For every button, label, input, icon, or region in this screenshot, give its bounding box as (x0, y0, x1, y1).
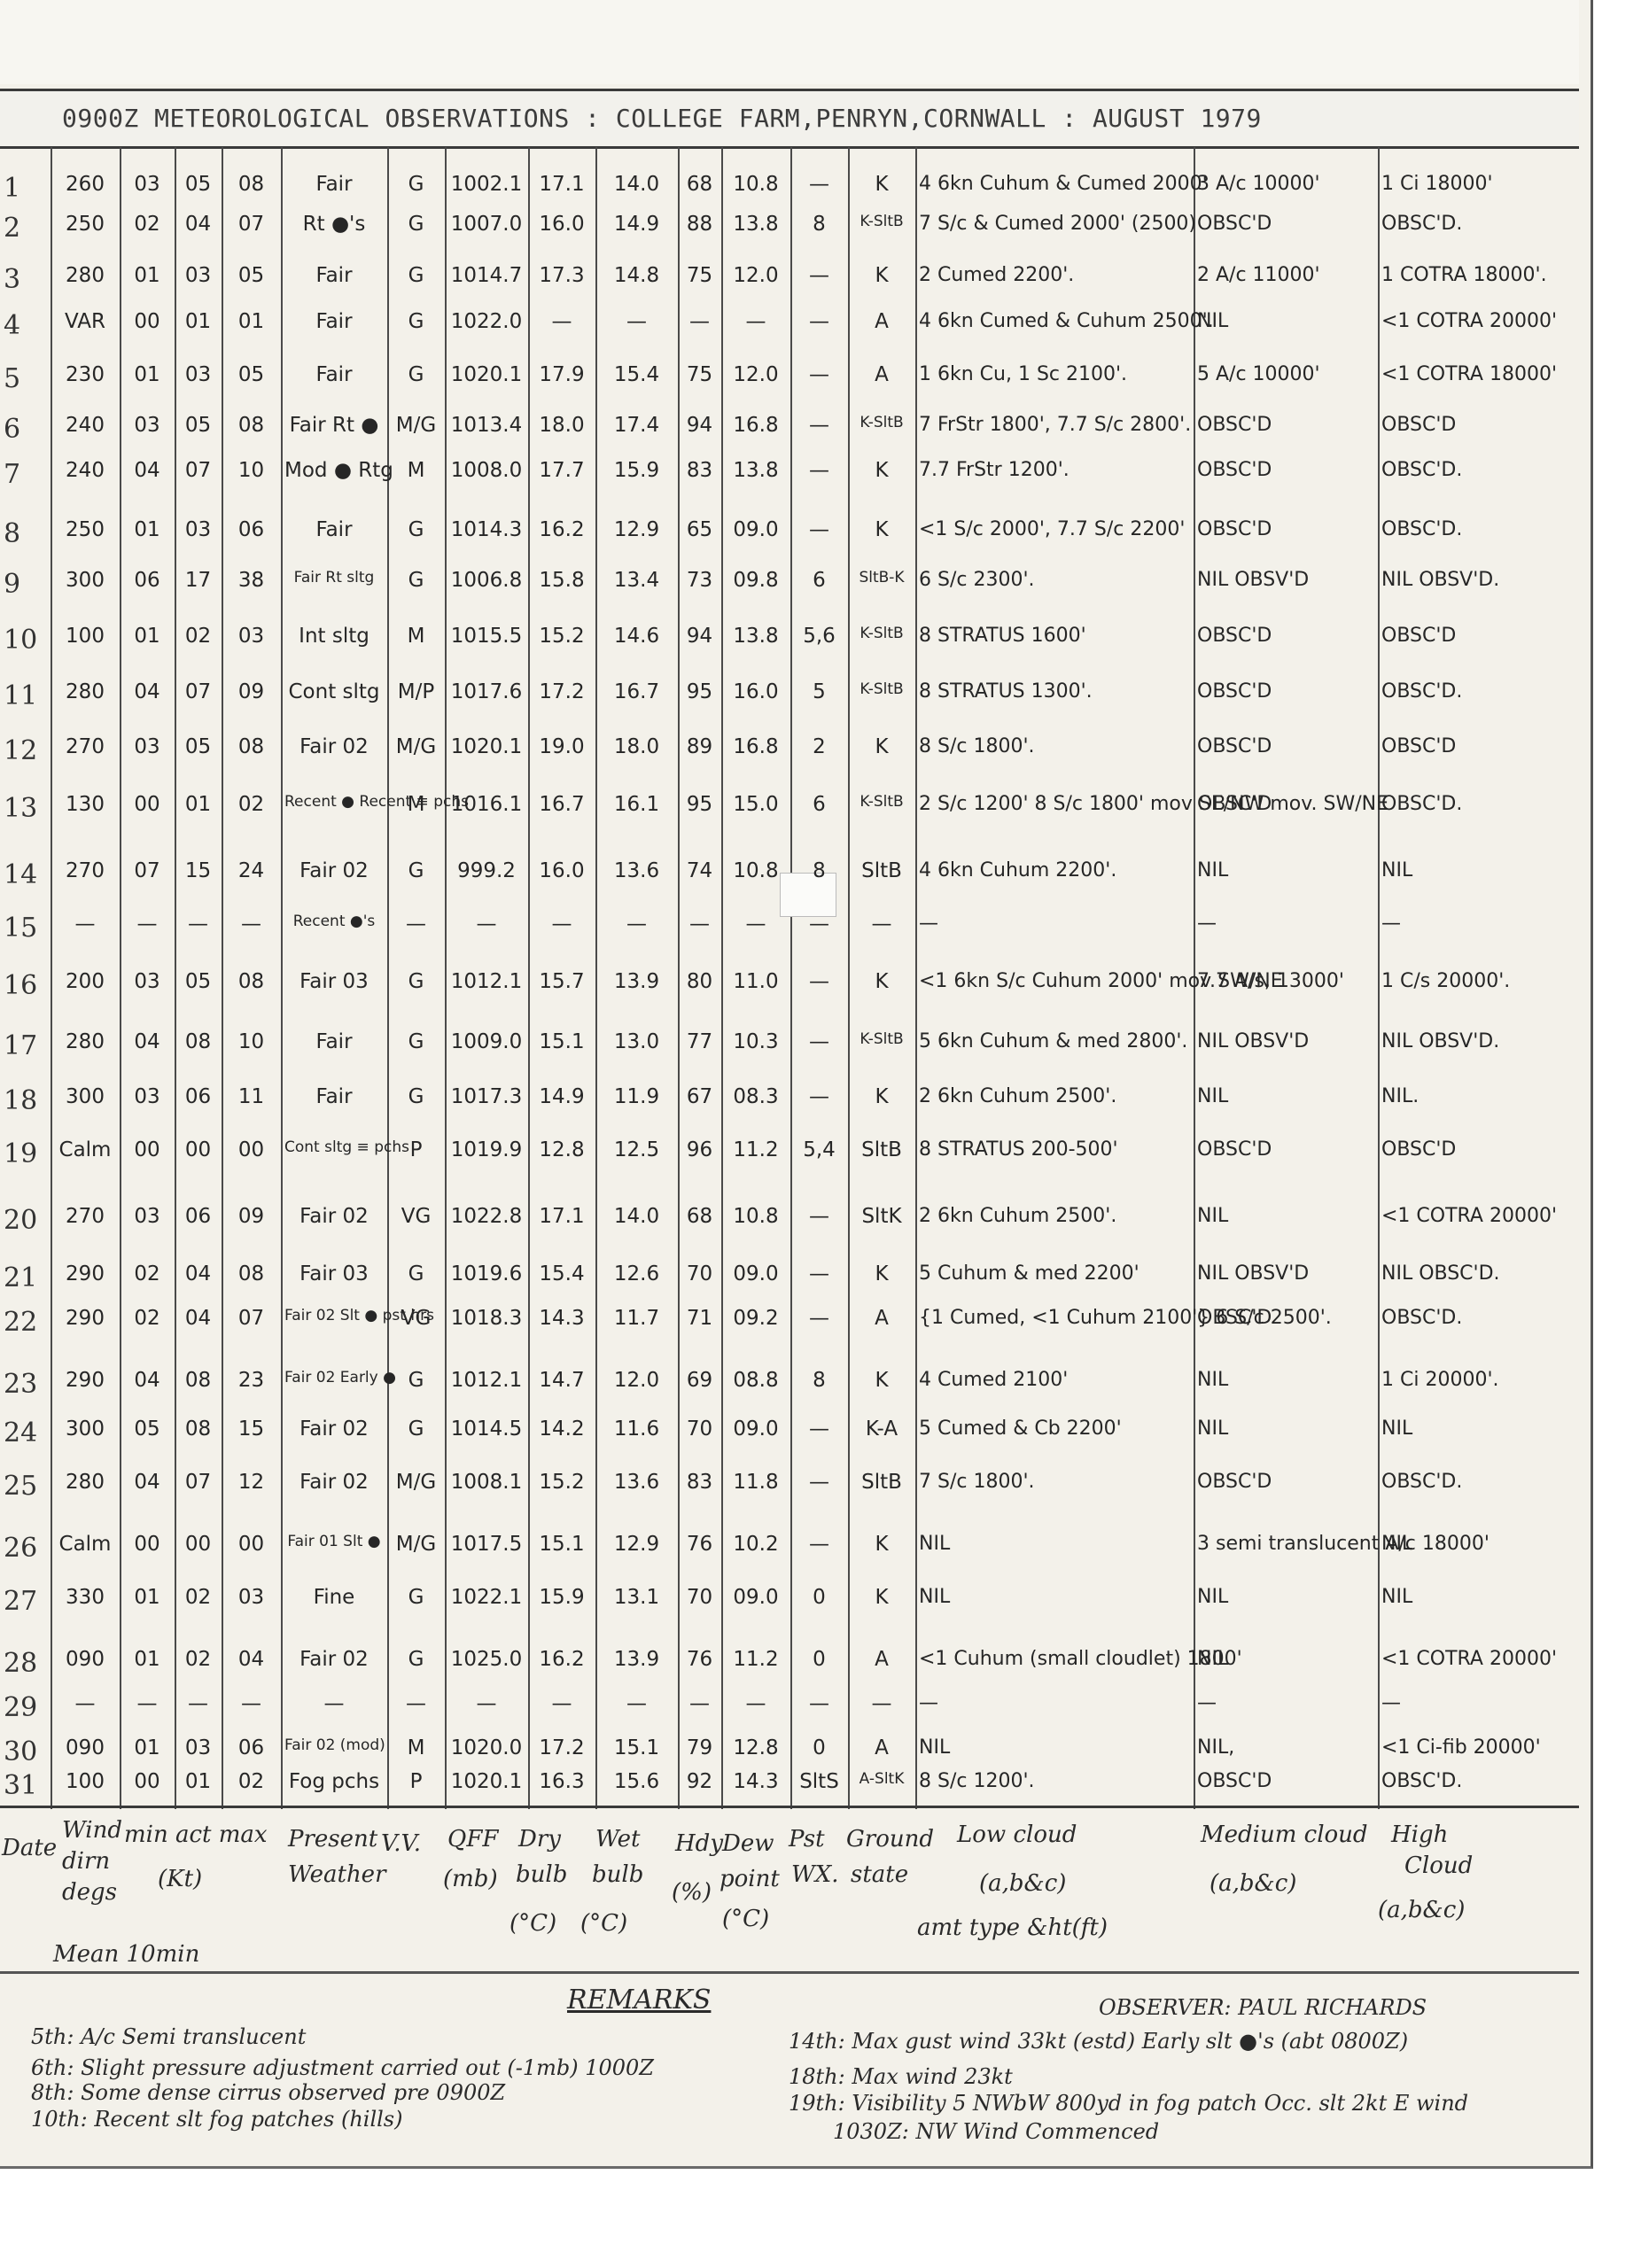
cell-wet: 15.4 (599, 363, 674, 386)
cell-present-weather: Recent ● Recent ≡ pchs (284, 793, 384, 811)
cell-qff: 1018.3 (448, 1307, 525, 1330)
cell-wind-max: 05 (225, 264, 277, 287)
cell-ground: K (852, 1369, 912, 1392)
cell-present-weather: Fair 02 Early ● (284, 1369, 384, 1386)
cell-vv: VG (391, 1205, 441, 1228)
cell-ground: K-SltB (852, 680, 912, 698)
cell-dew: 11.8 (725, 1471, 787, 1494)
cell-date: 29 (4, 1692, 47, 1723)
cell-high: OBSC'D. (1381, 518, 1575, 540)
cell-vv: P (391, 1138, 441, 1161)
cell-high: 1 C/s 20000'. (1381, 970, 1575, 992)
cell-dry: 16.2 (532, 1648, 592, 1671)
cell-pst: — (794, 970, 844, 993)
cell-wind-max: 02 (225, 1770, 277, 1793)
cell-dew: 10.3 (725, 1030, 787, 1053)
cell-present-weather: Fair 02 (284, 735, 384, 758)
header-wind: Wind (62, 1816, 122, 1845)
cell-dew: 13.8 (725, 625, 787, 648)
cell-date: 2 (4, 213, 47, 244)
cell-wind-min: 02 (123, 1307, 171, 1330)
cell-medium: OBSC'D (1197, 518, 1374, 540)
table-row: 9300061738Fair Rt sltgG1006.815.813.4730… (0, 569, 1579, 622)
cell-present-weather: — (284, 1692, 384, 1715)
cell-wet: 12.9 (599, 1533, 674, 1556)
cell-wind-max: 08 (225, 414, 277, 437)
cell-low: 8 STRATUS 1600' (919, 625, 1190, 647)
cell-hum: 95 (681, 680, 718, 703)
cell-qff: — (448, 913, 525, 936)
cell-wind-max: 03 (225, 625, 277, 648)
cell-wind-act: 03 (178, 363, 218, 386)
cell-dew: 16.8 (725, 735, 787, 758)
header-low-cloud: Low cloud (957, 1821, 1077, 1849)
cell-wet: 13.4 (599, 569, 674, 592)
header-wet-bulb: bulb (592, 1860, 643, 1889)
cell-vv: G (391, 1369, 441, 1392)
cell-ground: — (852, 1692, 912, 1715)
cell-hum: 75 (681, 363, 718, 386)
cell-dry: 16.7 (532, 793, 592, 816)
table-row: 24300050815Fair 02G1014.514.211.67009.0—… (0, 1417, 1579, 1471)
header-hdy-pct: (%) (672, 1878, 712, 1907)
cell-date: 25 (4, 1471, 47, 1502)
cell-dew: 09.2 (725, 1307, 787, 1330)
cell-ground: K-SltB (852, 625, 912, 642)
cell-dry: 16.0 (532, 859, 592, 882)
cell-qff: 1008.0 (448, 459, 525, 482)
header-bottom-rule (0, 1971, 1579, 1974)
cell-dry: 15.7 (532, 970, 592, 993)
cell-present-weather: Fair (284, 1085, 384, 1108)
cell-vv: G (391, 363, 441, 386)
cell-dew: 11.2 (725, 1648, 787, 1671)
cell-vv: G (391, 1262, 441, 1285)
cell-wet: 12.6 (599, 1262, 674, 1285)
cell-qff: 1012.1 (448, 1369, 525, 1392)
cell-qff: 1008.1 (448, 1471, 525, 1494)
header-weather: Weather (288, 1860, 386, 1889)
cell-wet: 14.0 (599, 173, 674, 196)
cell-medium: OBSC'D (1197, 735, 1374, 757)
table-row: 31100000102Fog pchsP1020.116.315.69214.3… (0, 1770, 1579, 1823)
cell-pst: — (794, 1262, 844, 1285)
cell-medium: NIL (1197, 1586, 1374, 1608)
cell-pst: — (794, 1205, 844, 1228)
cell-wind-dir: 330 (54, 1586, 116, 1609)
cell-low: 4 6kn Cuhum 2200'. (919, 859, 1190, 882)
cell-wind-dir: 280 (54, 264, 116, 287)
cell-high: NIL (1381, 859, 1575, 882)
cell-ground: K (852, 1262, 912, 1285)
cell-hum: 77 (681, 1030, 718, 1053)
cell-wet: 13.6 (599, 1471, 674, 1494)
cell-dry: 16.2 (532, 518, 592, 541)
cell-wind-dir: Calm (54, 1533, 116, 1556)
cell-wind-min: 02 (123, 1262, 171, 1285)
cell-high: <1 COTRA 20000' (1381, 1648, 1575, 1670)
header-date: Date (2, 1834, 57, 1862)
cell-high: OBSC'D (1381, 735, 1575, 757)
cell-present-weather: Int sltg (284, 625, 384, 648)
cell-qff: 1002.1 (448, 173, 525, 196)
cell-dry: 15.2 (532, 1471, 592, 1494)
cell-present-weather: Fair 03 (284, 1262, 384, 1285)
cell-wind-min: 01 (123, 1648, 171, 1671)
cell-date: 19 (4, 1138, 47, 1169)
cell-wind-min: 03 (123, 970, 171, 993)
cell-wind-dir: 090 (54, 1648, 116, 1671)
cell-date: 22 (4, 1307, 47, 1338)
cell-wind-dir: 270 (54, 735, 116, 758)
cell-wind-dir: 250 (54, 518, 116, 541)
cell-date: 27 (4, 1586, 47, 1617)
cell-wind-min: 05 (123, 1417, 171, 1441)
cell-wind-max: 00 (225, 1533, 277, 1556)
cell-date: 12 (4, 735, 47, 766)
cell-medium: 2 A/c 11000' (1197, 264, 1374, 286)
cell-wind-act: 15 (178, 859, 218, 882)
cell-wet: 16.1 (599, 793, 674, 816)
cell-qff: 1020.0 (448, 1736, 525, 1759)
cell-present-weather: Fair 02 (284, 1417, 384, 1441)
cell-vv: M/P (391, 680, 441, 703)
cell-pst: — (794, 1533, 844, 1556)
cell-hum: 71 (681, 1307, 718, 1330)
cell-pst: 0 (794, 1648, 844, 1671)
cell-wind-min: 01 (123, 1736, 171, 1759)
cell-present-weather: Fog pchs (284, 1770, 384, 1793)
cell-low: — (919, 913, 1190, 935)
cell-dew: 10.2 (725, 1533, 787, 1556)
cell-wind-dir: 300 (54, 1085, 116, 1108)
remark-left-2: 6th: Slight pressure adjustment carried … (31, 2055, 654, 2080)
cell-wind-max: 06 (225, 518, 277, 541)
table-row: 8250010306FairG1014.316.212.96509.0—K<1 … (0, 518, 1579, 571)
remark-left-3: 8th: Some dense cirrus observed pre 0900… (31, 2080, 505, 2105)
cell-vv: G (391, 569, 441, 592)
cell-wind-min: 04 (123, 1030, 171, 1053)
header-state: state (851, 1860, 908, 1889)
cell-wind-act: 07 (178, 459, 218, 482)
cell-wind-dir: 200 (54, 970, 116, 993)
header-wet: Wet (595, 1825, 640, 1853)
cell-wind-act: 04 (178, 1262, 218, 1285)
cell-high: OBSC'D (1381, 414, 1575, 436)
cell-present-weather: Cont sltg (284, 680, 384, 703)
cell-low: 7 S/c 1800'. (919, 1471, 1190, 1493)
cell-hum: 96 (681, 1138, 718, 1161)
header-point: point (719, 1865, 780, 1893)
cell-qff: 1022.0 (448, 310, 525, 333)
cell-present-weather: Fair 02 (284, 1471, 384, 1494)
cell-hum: 74 (681, 859, 718, 882)
cell-dry: 16.0 (532, 213, 592, 236)
cell-wind-max: 24 (225, 859, 277, 882)
table-row: 15————Recent ●'s——————————— (0, 913, 1579, 966)
cell-date: 31 (4, 1770, 47, 1801)
cell-pst: 5,6 (794, 625, 844, 648)
cell-date: 21 (4, 1262, 47, 1293)
cell-low: 2 S/c 1200' 8 S/c 1800' mov SE/NW mov. S… (919, 793, 1190, 815)
cell-wind-dir: 290 (54, 1369, 116, 1392)
cell-wind-dir: 280 (54, 1471, 116, 1494)
cell-dry: 18.0 (532, 414, 592, 437)
cell-pst: — (794, 1471, 844, 1494)
remark-right-4: 1030Z: NW Wind Commenced (833, 2119, 1159, 2144)
cell-wind-min: 00 (123, 1138, 171, 1161)
cell-wet: 14.0 (599, 1205, 674, 1228)
cell-medium: NIL (1197, 859, 1374, 882)
cell-dry: 14.7 (532, 1369, 592, 1392)
cell-low: 7.7 FrStr 1200'. (919, 459, 1190, 481)
cell-wind-max: 06 (225, 1736, 277, 1759)
cell-wet: 17.4 (599, 414, 674, 437)
title-band: 0900Z METEOROLOGICAL OBSERVATIONS : COLL… (0, 89, 1579, 149)
cell-ground: A (852, 1648, 912, 1671)
cell-medium: NIL, (1197, 1736, 1374, 1759)
cell-dew: 12.8 (725, 1736, 787, 1759)
cell-wind-max: 03 (225, 1586, 277, 1609)
table-row: 11280040709Cont sltgM/P1017.617.216.7951… (0, 680, 1579, 734)
cell-high: OBSC'D. (1381, 793, 1575, 815)
cell-wind-dir: VAR (54, 310, 116, 333)
cell-wind-dir: 230 (54, 363, 116, 386)
cell-dry: — (532, 310, 592, 333)
cell-dew: 09.0 (725, 1417, 787, 1441)
cell-pst: 8 (794, 213, 844, 236)
header-mean: Mean 10min (53, 1940, 199, 1969)
cell-present-weather: Fair (284, 518, 384, 541)
table-row: 3280010305FairG1014.717.314.87512.0—K2 C… (0, 264, 1579, 317)
header-kt: (Kt) (158, 1865, 202, 1893)
cell-medium: 3 semi translucent A/c 18000' (1197, 1533, 1374, 1555)
cell-date: 10 (4, 625, 47, 656)
cell-hum: 89 (681, 735, 718, 758)
cell-hum: 92 (681, 1770, 718, 1793)
cell-qff: 1017.5 (448, 1533, 525, 1556)
cell-ground: SltB (852, 1471, 912, 1494)
cell-hum: 68 (681, 173, 718, 196)
cell-hum: 69 (681, 1369, 718, 1392)
cell-medium: NIL (1197, 310, 1374, 332)
cell-present-weather: Fair 01 Slt ● (284, 1533, 384, 1550)
cell-dew: 10.8 (725, 173, 787, 196)
cell-wind-min: 07 (123, 859, 171, 882)
cell-date: 6 (4, 414, 47, 445)
cell-dew: 08.8 (725, 1369, 787, 1392)
cell-vv: G (391, 1586, 441, 1609)
cell-ground: K-SltB (852, 414, 912, 431)
cell-wind-act: 04 (178, 213, 218, 236)
cell-wind-max: 02 (225, 793, 277, 816)
cell-wind-min: 00 (123, 1533, 171, 1556)
cell-dry: 15.4 (532, 1262, 592, 1285)
cell-low: 8 S/c 1800'. (919, 735, 1190, 757)
cell-wind-act: 02 (178, 1586, 218, 1609)
table-row: 2250020407Rt ●'sG1007.016.014.98813.88K-… (0, 213, 1579, 266)
cell-date: 9 (4, 569, 47, 600)
cell-wind-act: 03 (178, 518, 218, 541)
cell-present-weather: Fair Rt ● (284, 414, 384, 437)
cell-wet: 12.0 (599, 1369, 674, 1392)
cell-dry: — (532, 913, 592, 936)
table-row: 27330010203FineG1022.115.913.17009.00KNI… (0, 1586, 1579, 1639)
cell-wind-max: 23 (225, 1369, 277, 1392)
table-row: 12270030508Fair 02M/G1020.119.018.08916.… (0, 735, 1579, 788)
cell-high: NIL (1381, 1586, 1575, 1608)
cell-wind-max: 10 (225, 1030, 277, 1053)
cell-wind-act: 06 (178, 1085, 218, 1108)
cell-date: 28 (4, 1648, 47, 1679)
cell-low: NIL (919, 1533, 1190, 1555)
cell-wind-act: 07 (178, 680, 218, 703)
cell-pst: — (794, 363, 844, 386)
cell-wind-min: 03 (123, 173, 171, 196)
cell-high: <1 COTRA 20000' (1381, 310, 1575, 332)
cell-date: 18 (4, 1085, 47, 1116)
cell-low: {1 Cumed, <1 Cuhum 2100'} 6 S/c 2500'. (919, 1307, 1190, 1329)
cell-date: 13 (4, 793, 47, 824)
table-row: 17280040810FairG1009.015.113.07710.3—K-S… (0, 1030, 1579, 1084)
cell-wind-dir: 300 (54, 1417, 116, 1441)
cell-dry: 14.3 (532, 1307, 592, 1330)
sheet-top-margin (0, 0, 1579, 84)
cell-hum: 67 (681, 1085, 718, 1108)
remark-right-1: 14th: Max gust wind 33kt (estd) Early sl… (789, 2029, 1408, 2054)
cell-dry: 12.8 (532, 1138, 592, 1161)
cell-wind-act: 01 (178, 1770, 218, 1793)
table-row: 7240040710Mod ● RtgM1008.017.715.98313.8… (0, 459, 1579, 512)
header-wx: WX. (791, 1860, 839, 1889)
cell-hum: 65 (681, 518, 718, 541)
cell-hum: 70 (681, 1417, 718, 1441)
header-dry-bulb: bulb (516, 1860, 567, 1889)
cell-medium: NIL (1197, 1085, 1374, 1107)
cell-dry: 17.3 (532, 264, 592, 287)
table-row: 23290040823Fair 02 Early ●G1012.114.712.… (0, 1369, 1579, 1422)
cell-wind-min: 03 (123, 414, 171, 437)
header-mb: (mb) (443, 1865, 498, 1893)
cell-dry: 15.8 (532, 569, 592, 592)
cell-low: 2 6kn Cuhum 2500'. (919, 1085, 1190, 1107)
observer-name: OBSERVER: PAUL RICHARDS (1099, 1995, 1427, 2020)
cell-wind-act: 03 (178, 1736, 218, 1759)
cell-vv: G (391, 264, 441, 287)
cell-high: — (1381, 1692, 1575, 1714)
cell-low: 2 Cumed 2200'. (919, 264, 1190, 286)
cell-medium: OBSC'D (1197, 625, 1374, 647)
remark-left-1: 5th: A/c Semi translucent (31, 2024, 306, 2049)
cell-high: 1 Ci 18000' (1381, 173, 1575, 195)
cell-wind-dir: 240 (54, 414, 116, 437)
cell-ground: A (852, 310, 912, 333)
cell-qff: 1022.8 (448, 1205, 525, 1228)
cell-pst: 8 (794, 1369, 844, 1392)
remark-right-2: 18th: Max wind 23kt (789, 2064, 1013, 2089)
cell-hum: 95 (681, 793, 718, 816)
cell-wind-act: 08 (178, 1369, 218, 1392)
cell-medium: NIL OBSV'D (1197, 1262, 1374, 1285)
header-min-act-max: min act max (124, 1821, 268, 1849)
cell-wind-max: 08 (225, 970, 277, 993)
cell-high: OBSC'D. (1381, 1307, 1575, 1329)
cell-low: 6 S/c 2300'. (919, 569, 1190, 591)
cell-wind-max: 08 (225, 1262, 277, 1285)
cell-wind-min: 01 (123, 363, 171, 386)
cell-high: NIL OBSV'D. (1381, 569, 1575, 591)
cell-ground: SltB (852, 859, 912, 882)
cell-low: 4 Cumed 2100' (919, 1369, 1190, 1391)
cell-wind-dir: 130 (54, 793, 116, 816)
cell-wind-min: 04 (123, 459, 171, 482)
cell-present-weather: Fair 02 (284, 1205, 384, 1228)
cell-pst: — (794, 459, 844, 482)
header-dry-degc: (°C) (509, 1909, 556, 1938)
cell-wind-min: 00 (123, 310, 171, 333)
cell-present-weather: Fair (284, 264, 384, 287)
cell-vv: M (391, 625, 441, 648)
cell-dry: 17.7 (532, 459, 592, 482)
cell-wet: 13.9 (599, 1648, 674, 1671)
table-row: 19Calm000000Cont sltg ≡ pchsP1019.912.81… (0, 1138, 1579, 1192)
cell-hum: 68 (681, 1205, 718, 1228)
cell-wet: 13.1 (599, 1586, 674, 1609)
cell-wind-act: 00 (178, 1138, 218, 1161)
cell-hum: 83 (681, 459, 718, 482)
cell-date: 14 (4, 859, 47, 890)
cell-medium: — (1197, 1692, 1374, 1714)
cell-medium: NIL (1197, 1417, 1374, 1440)
cell-low: 4 6kn Cumed & Cuhum 2500'. (919, 310, 1190, 332)
cell-wet: 11.6 (599, 1417, 674, 1441)
cell-wind-dir: 250 (54, 213, 116, 236)
cell-qff: — (448, 1692, 525, 1715)
header-high-cloud: Cloud (1404, 1852, 1473, 1880)
cell-dew: 13.8 (725, 459, 787, 482)
header-dry: Dry (518, 1825, 561, 1853)
header-degs: degs (62, 1878, 117, 1907)
cell-ground: K-SltB (852, 213, 912, 230)
cell-dry: 15.1 (532, 1030, 592, 1053)
cell-dew: 09.0 (725, 1262, 787, 1285)
cell-wet: 14.9 (599, 213, 674, 236)
cell-qff: 1019.6 (448, 1262, 525, 1285)
header-vv: V.V. (381, 1829, 421, 1858)
cell-wind-act: 01 (178, 793, 218, 816)
cell-qff: 1014.7 (448, 264, 525, 287)
cell-vv: G (391, 518, 441, 541)
cell-wind-min: — (123, 913, 171, 936)
cell-high: NIL (1381, 1417, 1575, 1440)
cell-medium: OBSC'D (1197, 459, 1374, 481)
cell-low: <1 Cuhum (small cloudlet) 1800' (919, 1648, 1190, 1670)
cell-medium: NIL OBSV'D (1197, 569, 1374, 591)
cell-wind-min: 03 (123, 1205, 171, 1228)
cell-wind-min: 06 (123, 569, 171, 592)
cell-qff: 1022.1 (448, 1586, 525, 1609)
cell-ground: K (852, 1085, 912, 1108)
cell-pst: — (794, 913, 844, 936)
cell-high: OBSC'D. (1381, 1770, 1575, 1792)
cell-dry: 19.0 (532, 735, 592, 758)
cell-high: OBSC'D. (1381, 680, 1575, 703)
cell-present-weather: Mod ● Rtg (284, 459, 384, 482)
cell-wet: 11.9 (599, 1085, 674, 1108)
cell-medium: 3 A/c 10000' (1197, 173, 1374, 195)
cell-wind-dir: 260 (54, 173, 116, 196)
cell-present-weather: Fair Rt sltg (284, 569, 384, 586)
